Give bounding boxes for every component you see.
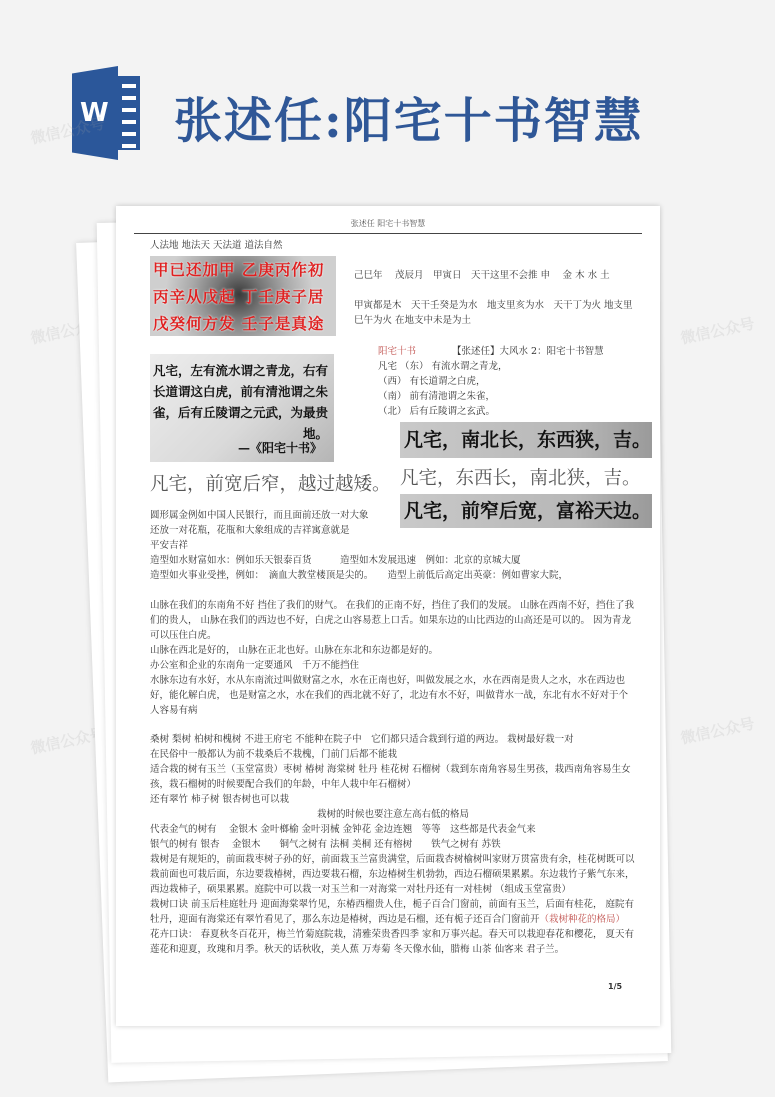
water-paragraph: 水脉东边有水好，水从东南流过叫做财富之水，水在正南也好，叫做发展之水，水在西南是… (150, 673, 636, 718)
shape-line: 造型如水财富如水：例如乐天银泰百货 造型如木发展迅速 例如：北京的京城大厦 (150, 553, 521, 568)
slogan-2: 凡宅，东西长，南北狭，吉。 (400, 464, 641, 490)
verse-line: 甲已还加甲 乙庚丙作初 (150, 256, 336, 283)
verse-image: 甲已还加甲 乙庚丙作初 丙辛从戊起 丁壬庚子居 戊癸何方发 壬子是真途 (150, 256, 336, 336)
document-page[interactable]: 张述任 阳宅十书智慧 人法地 地法天 天法道 道法自然 甲已还加甲 乙庚丙作初 … (116, 206, 660, 1026)
trees-line-2: 在民俗中一般都认为前不栽桑后不栽槐，门前门后都不能栽 (150, 747, 397, 762)
header-divider (134, 233, 642, 234)
direction-east: 凡宅 （东） 有流水谓之青龙， (378, 359, 508, 374)
section-title: 【张述任】大风水 2：阳宅十书智慧 (452, 344, 604, 359)
shape-line: 造型如火事业受挫，例如： 滴血大教堂楼顶是尖的。 造型上前低后高定出英豪：例如曹… (150, 568, 568, 583)
verse-line: 戊癸何方发 壬子是真途 (150, 310, 336, 336)
trees-line-4: 还有翠竹 柿子树 银杏树也可以栽 (150, 792, 289, 807)
document-title: 张述任:阳宅十书智慧 (174, 82, 644, 151)
mountains-paragraph: 山脉在我们的东南角不好 挡住了我们的财气。 在我们的正南不好，挡住了我们的发展。… (150, 598, 636, 643)
shape-line: 圆形属金例如中国人民银行，而且面前还放一对大象 (150, 508, 369, 523)
trees-center-heading: 栽树的时候也要注意左高右低的格局 (150, 807, 636, 822)
wuxing-line-2: 巳午为火 在地支中未是为土 (354, 313, 471, 328)
banner: W 张述任:阳宅十书智慧 (0, 0, 775, 190)
flowers-verse: 花卉口诀： 春夏秋冬百花开，梅兰竹菊庭院栽，清雅荣贵香四季 家和万事兴起。春天可… (150, 927, 636, 957)
quote-image: 凡宅，左有流水谓之青龙，右有长道谓这白虎，前有清池谓之朱雀，后有丘陵谓之元武，为… (150, 354, 334, 462)
mountains-paragraph-2: 山脉在西北是好的， 山脉在正北也好。山脉在东北和东边都是好的。 (150, 643, 438, 658)
watermark: 微信公众号 (679, 312, 757, 348)
direction-west: （西） 有长道谓之白虎， (378, 374, 486, 389)
motto: 人法地 地法天 天法道 道法自然 (150, 238, 283, 253)
slogan-image-3: 凡宅，前窄后宽，富裕天边。 (400, 494, 652, 528)
page-header: 张述任 阳宅十书智慧 (116, 218, 660, 229)
watermark: 微信公众号 (679, 712, 757, 748)
bazi-line: 己巳年 茂辰月 甲寅日 天干这里不会推 申 金 木 水 土 (354, 268, 610, 283)
wuxing-line-1: 甲寅都是木 天干壬癸是为水 地支里亥为水 天干丁为火 地支里 (354, 298, 633, 313)
direction-north: （北） 后有丘陵谓之玄武。 (378, 404, 495, 419)
slogan-4: 凡宅，前宽后窄，越过越矮。 (150, 470, 391, 496)
page-number: 1/5 (608, 982, 622, 991)
word-letter: W (80, 98, 109, 128)
verse-red-note: （栽树种花的格局） (540, 914, 626, 925)
quote-text: 凡宅，左有流水谓之青龙，右有长道谓这白虎，前有清池谓之朱雀，后有丘陵谓之元武，为… (152, 360, 328, 444)
office-note: 办公室和企业的东南角一定要通风 千万不能挡住 (150, 658, 359, 673)
planting-verse: 栽树口诀 前玉后桂庭牡丹 迎面海棠翠竹见，东椿西榴贵人住，栀子百合门窗前，前面有… (150, 897, 636, 927)
trees-line-1: 桑树 梨树 柏树和槐树 不进王府宅 不能种在院子中 它们都只适合栽到行道的两边。… (150, 732, 574, 747)
section-title-red: 阳宅十书 (378, 344, 416, 359)
silver-trees: 银气的树有 银杏 金银木 铜气之树有 法桐 美桐 还有榕树 铁气之树有 苏铁 (150, 837, 501, 852)
planting-rules: 栽树是有规矩的，前面栽枣树子孙的好，前面栽玉兰富贵满堂，后面栽杏树榆树叫家财万贯… (150, 852, 636, 897)
shape-line: 平安吉祥 (150, 538, 188, 553)
slogan-image-1: 凡宅，南北长，东西狭，吉。 (400, 422, 652, 458)
direction-south: （南） 前有清池谓之朱雀， (378, 389, 495, 404)
verse-line: 丙辛从戊起 丁壬庚子居 (150, 283, 336, 310)
gold-trees: 代表金气的树有 金银木 金叶榔榆 金叶羽械 金钟花 金边连翘 等等 这些都是代表… (150, 822, 536, 837)
trees-line-3: 适合栽的树有玉兰（玉堂富贵）枣树 椿树 海棠树 牡丹 桂花树 石榴树（栽到东南角… (150, 762, 636, 792)
word-icon: W (72, 66, 140, 160)
shape-line: 还放一对花瓶，花瓶和大象组成的吉祥寓意就是 (150, 523, 350, 538)
quote-source: —《阳宅十书》 (238, 439, 322, 456)
